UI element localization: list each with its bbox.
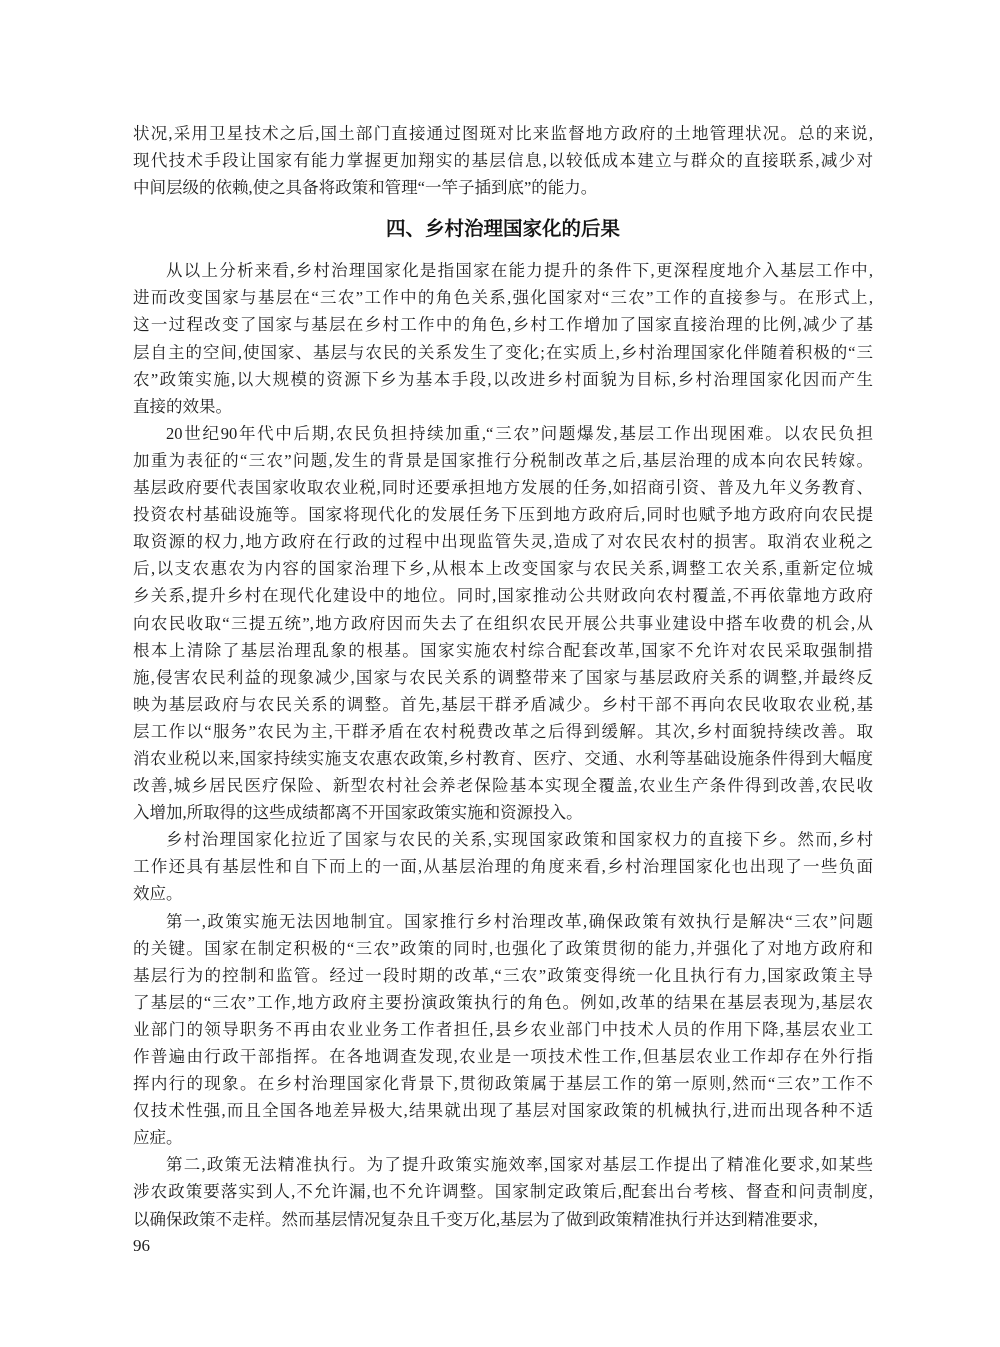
text-line: 层工作以“服务”农民为主,干群矛盾在农村税费改革之后得到缓解。其次,乡村面貌持续…	[133, 718, 873, 745]
text-line: 作普遍由行政干部指挥。在各地调查发现,农业是一项技术性工作,但基层农业工作却存在…	[133, 1043, 873, 1070]
text-line: 向农民收取“三提五统”,地方政府因而失去了在组织农民开展公共事业建设中搭车收费的…	[133, 610, 873, 637]
text-line: 中间层级的依赖,使之具备将政策和管理“一竿子插到底”的能力。	[133, 174, 873, 201]
text-line: 的关键。国家在制定积极的“三农”政策的同时,也强化了政策贯彻的能力,并强化了对地…	[133, 935, 873, 962]
text-line: 直接的效果。	[133, 393, 873, 420]
text-line: 工作还具有基层性和自下而上的一面,从基层治理的角度来看,乡村治理国家化也出现了一…	[133, 853, 873, 880]
text-line: 进而改变国家与基层在“三农”工作中的角色关系,强化国家对“三农”工作的直接参与。…	[133, 284, 873, 311]
text-line: 取资源的权力,地方政府在行政的过程中出现监管失灵,造成了对农民农村的损害。取消农…	[133, 528, 873, 555]
text-line: 涉农政策要落实到人,不允许漏,也不允许调整。国家制定政策后,配套出台考核、督查和…	[133, 1178, 873, 1205]
text-line: 乡村治理国家化拉近了国家与农民的关系,实现国家政策和国家权力的直接下乡。然而,乡…	[133, 826, 873, 853]
text-line: 基层行为的控制和监管。经过一段时期的改革,“三农”政策变得统一化且执行有力,国家…	[133, 962, 873, 989]
section-heading: 四、乡村治理国家化的后果	[133, 216, 873, 243]
text-line: 第二,政策无法精准执行。为了提升政策实施效率,国家对基层工作提出了精准化要求,如…	[133, 1151, 873, 1178]
text-line: 从以上分析来看,乡村治理国家化是指国家在能力提升的条件下,更深程度地介入基层工作…	[133, 257, 873, 284]
text-line: 现代技术手段让国家有能力掌握更加翔实的基层信息,以较低成本建立与群众的直接联系,…	[133, 147, 873, 174]
text-line: 层自主的空间,使国家、基层与农民的关系发生了变化;在实质上,乡村治理国家化伴随着…	[133, 339, 873, 366]
text-line: 第一,政策实施无法因地制宜。国家推行乡村治理改革,确保政策有效执行是解决“三农”…	[133, 908, 873, 935]
text-line: 改善,城乡居民医疗保险、新型农村社会养老保险基本实现全覆盖,农业生产条件得到改善…	[133, 772, 873, 799]
text-line: 仅技术性强,而且全国各地差异极大,结果就出现了基层对国家政策的机械执行,进而出现…	[133, 1097, 873, 1124]
text-line: 挥内行的现象。在乡村治理国家化背景下,贯彻政策属于基层工作的第一原则,然而“三农…	[133, 1070, 873, 1097]
article-body: 状况,采用卫星技术之后,国土部门直接通过图斑对比来监督地方政府的土地管理状况。总…	[133, 120, 873, 1233]
text-line: 业部门的领导职务不再由农业业务工作者担任,县乡农业部门中技术人员的作用下降,基层…	[133, 1016, 873, 1043]
text-line: 施,侵害农民利益的现象减少,国家与农民关系的调整带来了国家与基层政府关系的调整,…	[133, 664, 873, 691]
text-line: 应症。	[133, 1124, 873, 1151]
text-line: 这一过程改变了国家与基层在乡村工作中的角色,乡村工作增加了国家直接治理的比例,减…	[133, 311, 873, 338]
text-line: 效应。	[133, 880, 873, 907]
text-line: 乡关系,提升乡村在现代化建设中的地位。同时,国家推动公共财政向农村覆盖,不再依靠…	[133, 582, 873, 609]
text-line: 映为基层政府与农民关系的调整。首先,基层干群矛盾减少。乡村干部不再向农民收取农业…	[133, 691, 873, 718]
text-line: 20世纪90年代中后期,农民负担持续加重,“三农”问题爆发,基层工作出现困难。以…	[133, 420, 873, 447]
text-line: 以确保政策不走样。然而基层情况复杂且千变万化,基层为了做到政策精准执行并达到精准…	[133, 1206, 873, 1233]
text-line: 农”政策实施,以大规模的资源下乡为基本手段,以改进乡村面貌为目标,乡村治理国家化…	[133, 366, 873, 393]
text-line: 基层政府要代表国家收取农业税,同时还要承担地方发展的任务,如招商引资、普及九年义…	[133, 474, 873, 501]
text-line: 加重为表征的“三农”问题,发生的背景是国家推行分税制改革之后,基层治理的成本向农…	[133, 447, 873, 474]
page-number: 96	[133, 1232, 150, 1259]
text-line: 了基层的“三农”工作,地方政府主要扮演政策执行的角色。例如,改革的结果在基层表现…	[133, 989, 873, 1016]
text-line: 入增加,所取得的这些成绩都离不开国家政策实施和资源投入。	[133, 799, 873, 826]
document-page: 状况,采用卫星技术之后,国土部门直接通过图斑对比来监督地方政府的土地管理状况。总…	[0, 0, 1000, 1347]
text-line: 后,以支农惠农为内容的国家治理下乡,从根本上改变国家与农民关系,调整工农关系,重…	[133, 555, 873, 582]
text-line: 状况,采用卫星技术之后,国土部门直接通过图斑对比来监督地方政府的土地管理状况。总…	[133, 120, 873, 147]
text-line: 消农业税以来,国家持续实施支农惠农政策,乡村教育、医疗、交通、水利等基础设施条件…	[133, 745, 873, 772]
text-line: 根本上清除了基层治理乱象的根基。国家实施农村综合配套改革,国家不允许对农民采取强…	[133, 637, 873, 664]
text-line: 投资农村基础设施等。国家将现代化的发展任务下压到地方政府后,同时也赋予地方政府向…	[133, 501, 873, 528]
